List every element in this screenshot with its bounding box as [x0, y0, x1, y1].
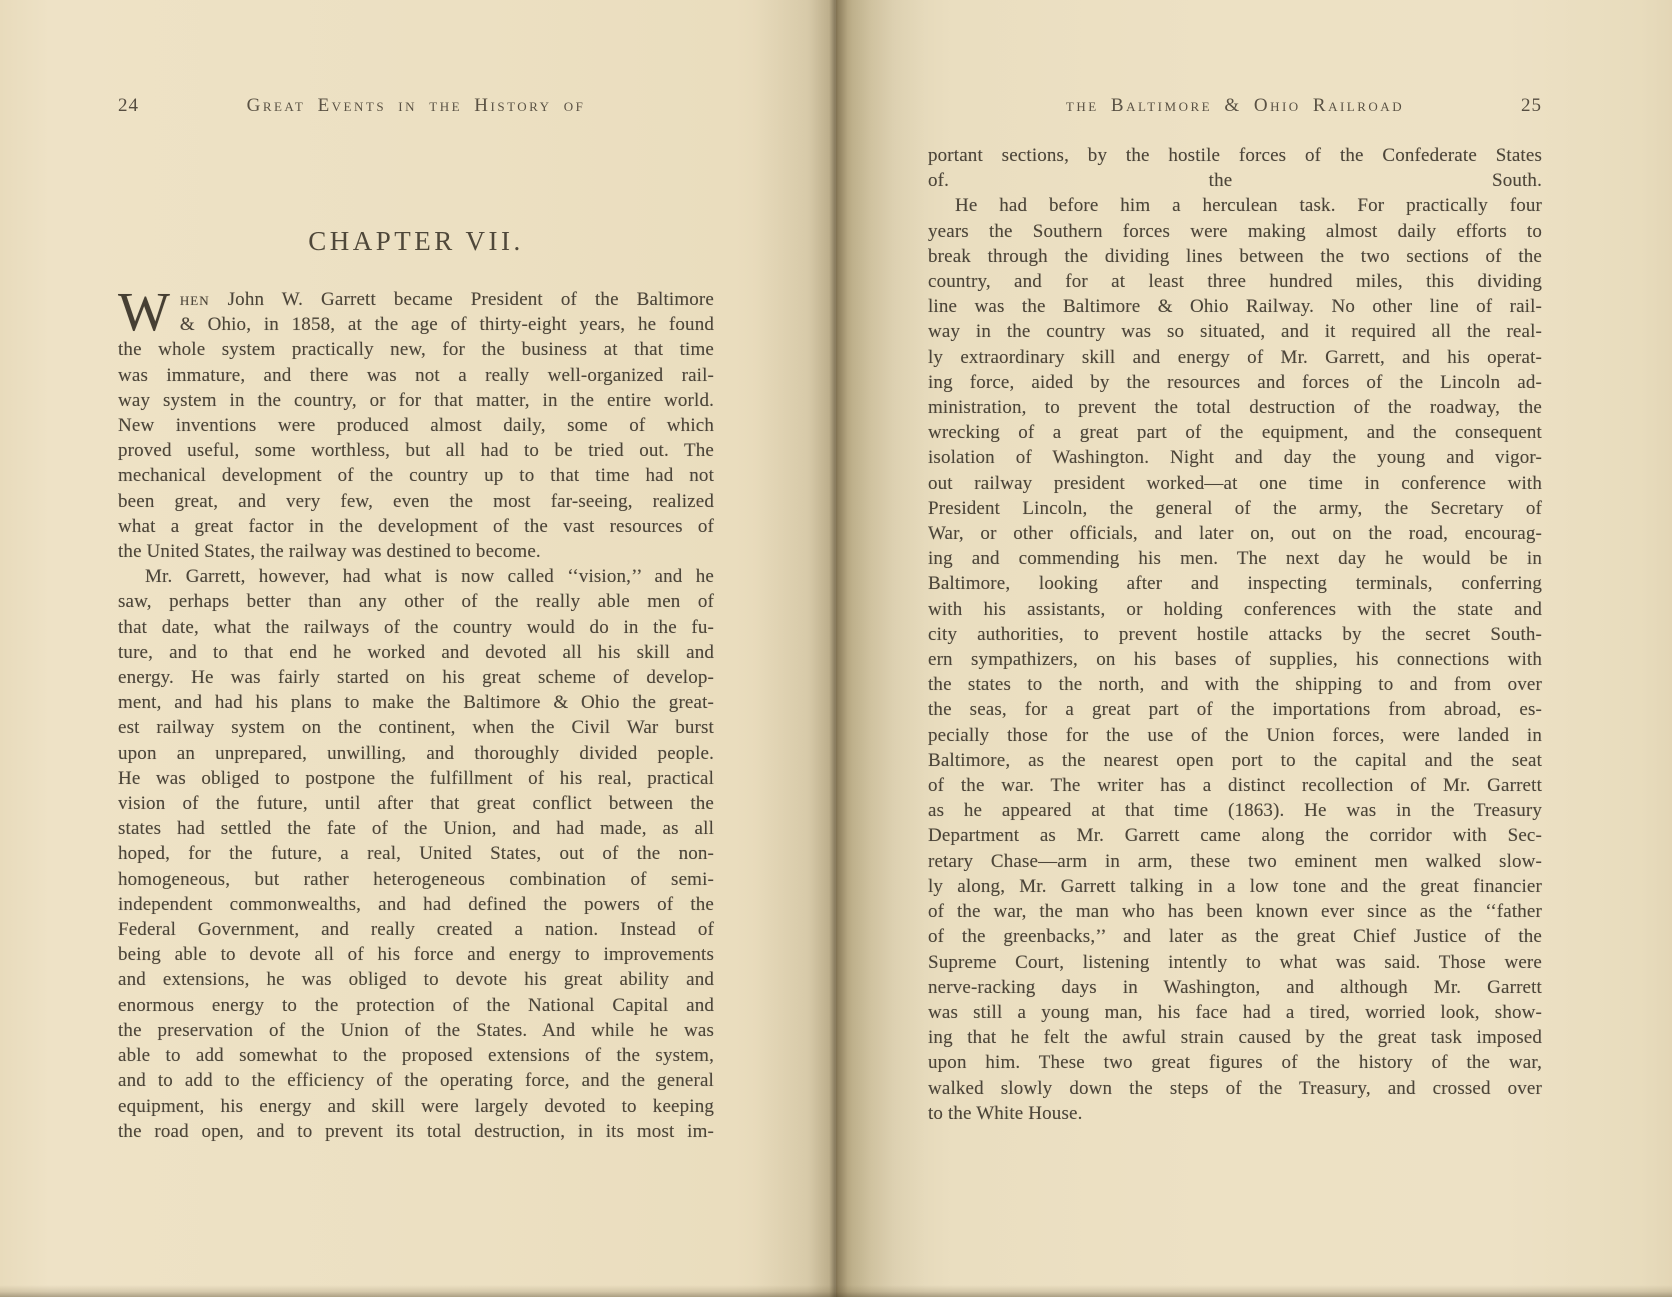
running-header-left-title: Great Events in the History of	[247, 95, 586, 116]
running-header-right-title: the Baltimore & Ohio Railroad	[1066, 95, 1404, 116]
page-number-left: 24	[118, 95, 139, 117]
text-line: hen John W. Garrett became President of …	[118, 287, 714, 312]
text-line: He was obliged to postpone the fulfillme…	[118, 766, 714, 791]
text-line: able to add somewhat to the proposed ext…	[118, 1043, 714, 1068]
left-text-column: W hen John W. Garrett became President o…	[118, 287, 714, 1144]
text-line: with his assistants, or holding conferen…	[928, 597, 1542, 622]
text-line: proved useful, some worthless, but all h…	[118, 438, 714, 463]
text-line: ment, and had his plans to make the Balt…	[118, 690, 714, 715]
text-line: ture, and to that end he worked and devo…	[118, 640, 714, 665]
text-line: what a great factor in the development o…	[118, 514, 714, 539]
text-line: vision of the future, until after that g…	[118, 791, 714, 816]
text-line: ing and commending his men. The next day…	[928, 546, 1542, 571]
paragraph-lines: & Ohio, in 1858, at the age of thirty-ei…	[118, 312, 714, 564]
text-line: energy. He was fairly started on his gre…	[118, 665, 714, 690]
opening-line-text: John W. Garrett became President of the …	[210, 289, 714, 310]
running-header-right: the Baltimore & Ohio Railroad 25	[928, 95, 1542, 121]
text-line: pecially those for the use of the Union …	[928, 723, 1542, 748]
text-line: ing that he felt the awful strain caused…	[928, 1025, 1542, 1050]
text-line: break through the dividing lines between…	[928, 244, 1542, 269]
text-line: of. the South.	[928, 168, 1542, 193]
drop-cap: W	[118, 287, 180, 337]
text-line: and to add to the efficiency of the oper…	[118, 1068, 714, 1093]
text-line: President Lincoln, the general of the ar…	[928, 496, 1542, 521]
text-line: years the Southern forces were making al…	[928, 219, 1542, 244]
paragraph-lines: He had before him a herculean task. For …	[928, 193, 1542, 1126]
text-line: being able to devote all of his force an…	[118, 942, 714, 967]
text-line: equipment, his energy and skill were lar…	[118, 1094, 714, 1119]
right-page: the Baltimore & Ohio Railroad 25 portant…	[836, 0, 1672, 1297]
text-line: Supreme Court, listening intently to wha…	[928, 950, 1542, 975]
paragraph: W hen John W. Garrett became President o…	[118, 287, 714, 564]
text-line: Baltimore, looking after and inspecting …	[928, 571, 1542, 596]
text-line: walked slowly down the steps of the Trea…	[928, 1076, 1542, 1101]
text-line: ly along, Mr. Garrett talking in a low t…	[928, 874, 1542, 899]
paragraph: portant sections, by the hostile forces …	[928, 143, 1542, 193]
book-scan: 24 Great Events in the History of CHAPTE…	[0, 0, 1672, 1297]
text-line: was immature, and there was not a really…	[118, 363, 714, 388]
text-line: est railway system on the continent, whe…	[118, 715, 714, 740]
text-line: the road open, and to prevent its total …	[118, 1119, 714, 1144]
text-line: retary Chase—arm in arm, these two emine…	[928, 849, 1542, 874]
text-line: the whole system practically new, for th…	[118, 337, 714, 362]
text-line: isolation of Washington. Night and day t…	[928, 445, 1542, 470]
text-line: of the war. The writer has a distinct re…	[928, 773, 1542, 798]
text-line: as he appeared at that time (1863). He w…	[928, 798, 1542, 823]
text-line: line was the Baltimore & Ohio Railway. N…	[928, 294, 1542, 319]
paragraph: He had before him a herculean task. For …	[928, 193, 1542, 1126]
paragraph-lines: Mr. Garrett, however, had what is now ca…	[118, 564, 714, 1144]
paragraph: Mr. Garrett, however, had what is now ca…	[118, 564, 714, 1144]
text-line: independent commonwealths, and had defin…	[118, 892, 714, 917]
text-line: He had before him a herculean task. For …	[928, 193, 1542, 218]
text-line: way in the country was so situated, and …	[928, 319, 1542, 344]
text-line: and extensions, he was obliged to devote…	[118, 967, 714, 992]
text-line: was still a young man, his face had a ti…	[928, 1000, 1542, 1025]
text-line: War, or other officials, and later on, o…	[928, 521, 1542, 546]
text-line: city authorities, to prevent hostile att…	[928, 622, 1542, 647]
text-line: that date, what the railways of the coun…	[118, 615, 714, 640]
paragraph-lines: portant sections, by the hostile forces …	[928, 143, 1542, 193]
text-line: hoped, for the future, a real, United St…	[118, 841, 714, 866]
text-line: states had settled the fate of the Union…	[118, 816, 714, 841]
text-line: homogeneous, but rather heterogeneous co…	[118, 867, 714, 892]
text-line: ing force, aided by the resources and fo…	[928, 370, 1542, 395]
text-line: upon an unprepared, unwilling, and thoro…	[118, 741, 714, 766]
text-line: Mr. Garrett, however, had what is now ca…	[118, 564, 714, 589]
small-caps-lead: hen	[180, 289, 210, 310]
text-line: the states to the north, and with the sh…	[928, 672, 1542, 697]
text-line: way system in the country, or for that m…	[118, 388, 714, 413]
text-line: Federal Government, and really created a…	[118, 917, 714, 942]
text-line: the preservation of the Union of the Sta…	[118, 1018, 714, 1043]
text-line: & Ohio, in 1858, at the age of thirty-ei…	[118, 312, 714, 337]
text-line: out railway president worked—at one time…	[928, 471, 1542, 496]
text-line: nerve-racking days in Washington, and al…	[928, 975, 1542, 1000]
text-line: ern sympathizers, on his bases of suppli…	[928, 647, 1542, 672]
left-page: 24 Great Events in the History of CHAPTE…	[0, 0, 836, 1297]
text-line: country, and for at least three hundred …	[928, 269, 1542, 294]
text-line: the seas, for a great part of the import…	[928, 697, 1542, 722]
text-line: Baltimore, as the nearest open port to t…	[928, 748, 1542, 773]
text-line: ministration, to prevent the total destr…	[928, 395, 1542, 420]
text-line: saw, perhaps better than any other of th…	[118, 589, 714, 614]
text-line: the United States, the railway was desti…	[118, 539, 714, 564]
running-header-left: 24 Great Events in the History of	[118, 95, 714, 121]
text-line: portant sections, by the hostile forces …	[928, 143, 1542, 168]
text-line: New inventions were produced almost dail…	[118, 413, 714, 438]
right-text-column: portant sections, by the hostile forces …	[928, 143, 1542, 1126]
text-line: of the war, the man who has been known e…	[928, 899, 1542, 924]
text-line: enormous energy to the protection of the…	[118, 993, 714, 1018]
text-line: upon him. These two great figures of the…	[928, 1050, 1542, 1075]
chapter-heading: CHAPTER VII.	[118, 226, 714, 257]
text-line: wrecking of a great part of the equipmen…	[928, 420, 1542, 445]
text-line: Department as Mr. Garrett came along the…	[928, 823, 1542, 848]
text-line: ly extraordinary skill and energy of Mr.…	[928, 345, 1542, 370]
text-line: of the greenbacks,’’ and later as the gr…	[928, 924, 1542, 949]
page-number-right: 25	[1521, 95, 1542, 117]
text-line: been great, and very few, even the most …	[118, 489, 714, 514]
text-line: to the White House.	[928, 1101, 1542, 1126]
text-line: mechanical development of the country up…	[118, 463, 714, 488]
